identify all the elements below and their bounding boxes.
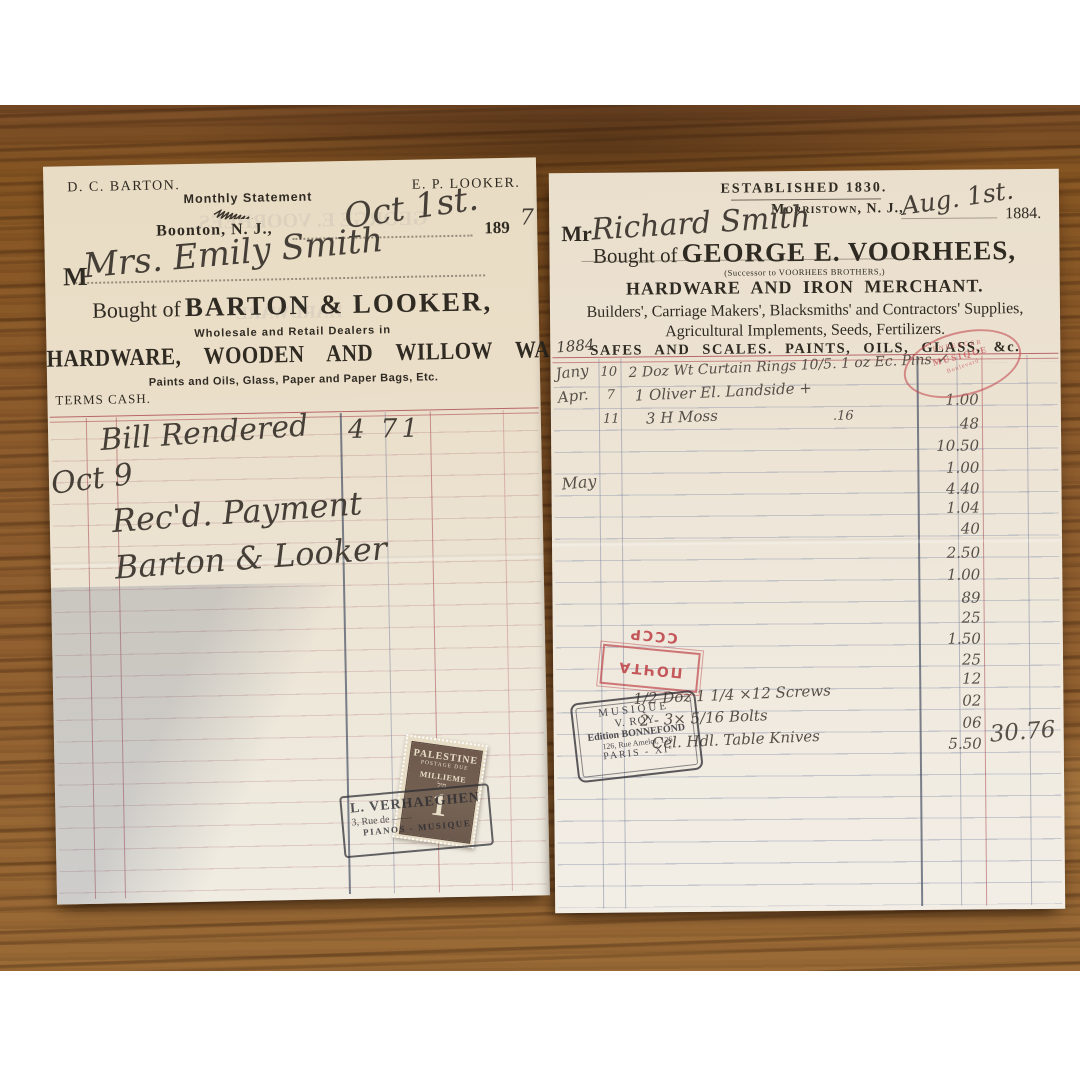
ledger-description: 1 Oliver El. Landside + <box>634 379 812 405</box>
billhead-george-voorhees: ESTABLISHED 1830. Morristown, N. J., Aug… <box>549 169 1065 913</box>
bought-of-line: Bought of BARTON & LOOKER, <box>45 285 539 325</box>
ledger-month: May <box>561 471 598 493</box>
statement-label: Monthly Statement <box>183 190 312 206</box>
entry-amount: 4 71 <box>348 414 422 445</box>
ledger-amount: 5.50 <box>887 734 982 753</box>
ledger-amount: 25 <box>886 650 981 669</box>
ledger-amount: 1.50 <box>886 629 981 648</box>
musique-vroy-handstamp: MUSIQUE V. ROY Edition BONNEFOND 126, Ru… <box>570 690 704 784</box>
billhead-barton-looker: GEORGE E. VOORHEES, HARDWARE D. C. BARTO… <box>43 157 550 904</box>
ledger-description: 3 H Moss <box>646 407 719 428</box>
ledger-column-line <box>503 410 513 891</box>
statement-flourish <box>212 208 292 220</box>
entry-bill-rendered: Bill Rendered <box>99 408 309 458</box>
year-handwritten: 7 <box>520 205 534 230</box>
ledger-amount: 12 <box>886 669 981 688</box>
ledger-amount: 06 <box>887 713 982 732</box>
ledger-column-line <box>620 359 626 909</box>
ledger-amount: 1.04 <box>885 498 980 517</box>
ledger-total: 30.76 <box>989 717 1057 748</box>
year-printed: 189 <box>484 218 510 238</box>
bought-of-label: Bought of <box>593 243 678 268</box>
paper-crease <box>552 537 1062 547</box>
sub-goods-line: Paints and Oils, Glass, Paper and Paper … <box>47 369 540 390</box>
proprietor-left: D. C. BARTON. <box>67 178 180 196</box>
ledger-amount: 1.00 <box>885 565 980 584</box>
ledger-column-line <box>598 359 604 909</box>
ledger-column-line <box>981 355 987 905</box>
ledger-amount: 4.40 <box>884 479 979 498</box>
ledger-day: 7 <box>607 388 615 403</box>
ledger-day: 11 <box>603 412 620 427</box>
ledger-month: Jany <box>555 361 590 383</box>
ledger-amount: 1.00 <box>884 458 979 477</box>
entry-date: Oct 9 <box>49 457 135 502</box>
ledger-day: 10 <box>600 365 617 380</box>
trade-line: HARDWARE AND IRON MERCHANT. <box>550 275 1060 300</box>
ledger-amount: 40 <box>885 519 980 538</box>
verhaeghen-dealer-handstamp: L. VERHAEGHEN 3, Rue de —— PIANOS - MUSI… <box>339 783 494 858</box>
soviet-pochta-stamp: ПОЧТА СССР <box>599 644 700 693</box>
photo-of-two-billheads: GEORGE E. VOORHEES, HARDWARE D. C. BARTO… <box>0 0 1080 1080</box>
ledger-column-line <box>1026 355 1032 905</box>
firm-name: BARTON & LOOKER, <box>185 286 493 322</box>
bought-of-label: Bought of <box>92 296 181 323</box>
ledger-amount: 02 <box>886 691 981 710</box>
ledger-amount: 25 <box>886 608 981 627</box>
supplies-line: Builders', Carriage Makers', Blacksmiths… <box>550 300 1060 322</box>
ledger-amount: 10.50 <box>884 436 979 455</box>
ledger-month: Apr. <box>557 385 590 406</box>
ledger-amount: 89 <box>885 588 980 607</box>
firm-name: GEORGE E. VOORHEES, <box>681 235 1016 268</box>
ledger-amount: 48 <box>884 414 979 433</box>
ledger-amount: 2.50 <box>885 543 980 562</box>
entry-received-payment: Rec'd. Payment <box>111 484 364 540</box>
pochta-stamp-text: ПОЧТА СССР <box>617 625 684 680</box>
year-printed: 1884. <box>1005 205 1041 223</box>
ledger-rate: .16 <box>833 409 854 424</box>
wood-table-surface: GEORGE E. VOORHEES, HARDWARE D. C. BARTO… <box>0 105 1080 971</box>
entry-signature: Barton & Looker <box>113 529 388 586</box>
terms-label: TERMS CASH. <box>55 391 151 409</box>
